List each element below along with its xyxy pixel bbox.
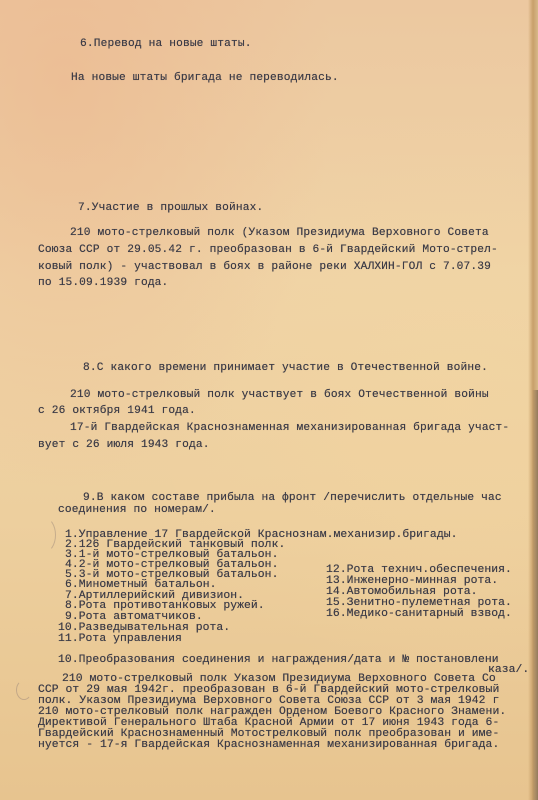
page-edge-fold bbox=[532, 390, 538, 800]
section7-line: Союза ССР от 29.05.42 г. преобразован в … bbox=[38, 245, 498, 256]
pencil-mark bbox=[32, 517, 56, 553]
unit-list-item: 11.Рота управления bbox=[58, 634, 182, 645]
section9-heading: 9.В каком составе прибыла на фронт /пере… bbox=[83, 493, 502, 504]
section7-heading: 7.Участие в прошлых войнах. bbox=[78, 203, 263, 214]
section8-line: 17-й Гвардейская Краснознаменная механиз… bbox=[70, 423, 509, 434]
section7-line: по 15.09.1939 года. bbox=[38, 278, 168, 289]
section10-line: нуется - 17-я Гвардейская Краснознаменна… bbox=[38, 740, 499, 751]
section6-body: На новые штаты бригада не переводилась. bbox=[71, 73, 339, 84]
section8-line: вует с 26 июля 1943 года. bbox=[38, 440, 210, 451]
section6-heading: 6.Перевод на новые штаты. bbox=[80, 39, 252, 50]
unit-list-item: 16.Медико-санитарный взвод. bbox=[326, 609, 512, 620]
section8-line: 210 мото-стрелковый полк участвует в боя… bbox=[70, 390, 489, 401]
section8-line: с 26 октября 1941 года. bbox=[38, 406, 196, 417]
section7-line: ковый полк) - участвовал в боях в районе… bbox=[38, 262, 491, 273]
section10-heading: 10.Преобразования соединения и награжден… bbox=[58, 655, 499, 666]
archival-document-page: 6.Перевод на новые штаты. На новые штаты… bbox=[0, 0, 538, 800]
pencil-mark bbox=[16, 680, 32, 700]
section7-line: 210 мото-стрелковый полк (Указом Президи… bbox=[70, 228, 489, 239]
section9-heading-cont: соединения по номерам/. bbox=[58, 505, 216, 516]
section8-heading: 8.С какого времени принимает участие в О… bbox=[83, 363, 488, 374]
